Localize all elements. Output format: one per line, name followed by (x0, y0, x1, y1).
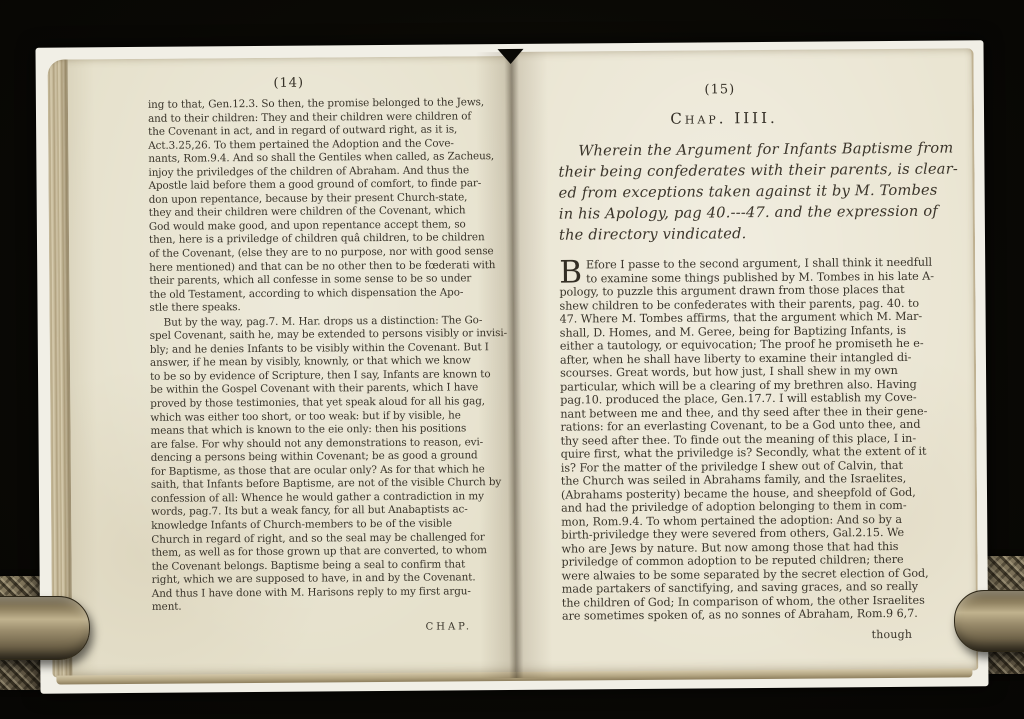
page-15-body: BEfore I passe to the second argument, I… (559, 255, 962, 623)
catchword-left: CHAP. (426, 621, 473, 632)
page-15-text: (15) Chap. IIII. Wherein the Argument fo… (558, 80, 962, 623)
chapter-heading: Chap. IIII. (524, 108, 924, 129)
brass-page-clamp-right (954, 590, 1024, 652)
book-assembly: (14) ing to that, Gen.12.3. So then, the… (35, 40, 988, 693)
page-14-text: (14) ing to that, Gen.12.3. So then, the… (148, 74, 514, 615)
catchword-right: though (872, 628, 913, 641)
drop-cap: B (559, 259, 582, 285)
page-14-paragraph-1: ing to that, Gen.12.3. So then, the prom… (148, 96, 512, 316)
page-number-14: (14) (108, 74, 470, 92)
page-number-15: (15) (520, 81, 920, 99)
gutter-top-notch (498, 49, 524, 64)
page-14-paragraph-2: But by the way, pag.7. M. Har. drops us … (150, 314, 514, 615)
brass-page-clamp-left (0, 596, 90, 660)
page-14: (14) ing to that, Gen.12.3. So then, the… (48, 56, 517, 678)
page-15: (15) Chap. IIII. Wherein the Argument fo… (512, 48, 979, 674)
page-15-body-lines: Efore I passe to the second argument, I … (559, 256, 934, 623)
chapter-intro: Wherein the Argument for Infants Baptism… (558, 137, 959, 245)
photo-scene: (14) ing to that, Gen.12.3. So then, the… (0, 0, 1024, 719)
open-book: (14) ing to that, Gen.12.3. So then, the… (48, 48, 977, 681)
